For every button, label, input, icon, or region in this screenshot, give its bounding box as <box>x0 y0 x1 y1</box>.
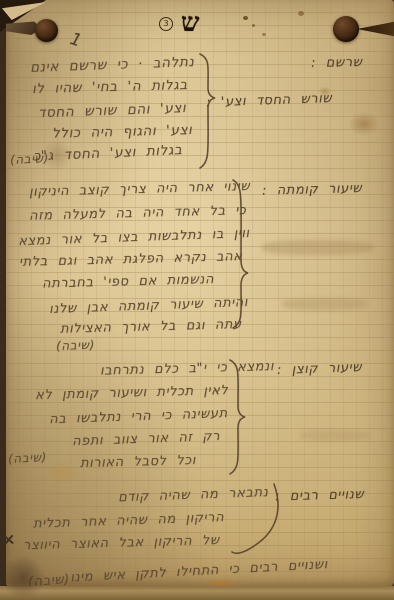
ink-speckle <box>243 16 248 20</box>
rivet-right-icon <box>333 16 359 42</box>
stain <box>348 112 380 136</box>
bleedthrough-ghost <box>282 298 368 310</box>
bleedthrough-ghost <box>262 240 374 255</box>
circled-mark: 3 <box>159 17 173 31</box>
grouping-brace <box>196 50 218 172</box>
ink-speckle <box>262 33 266 36</box>
stain <box>0 555 46 600</box>
page-bottom-edge <box>0 586 394 600</box>
scanned-notebook-page: { "page": { "numeral": "1", "circled_mar… <box>0 0 394 600</box>
header-shin-symbol: ש <box>181 8 199 38</box>
margin-x-mark: × <box>1 529 17 549</box>
section3-signature: (שיבה) <box>8 450 48 466</box>
section1-signature: (שיבה) <box>10 151 50 167</box>
section2-label: שיעור קומתה : <box>262 181 363 199</box>
section4-label: שנויים רבים : <box>275 487 365 504</box>
section3-label: שיעור קוצן : <box>277 360 362 378</box>
text-line: וכל לסבל האורות <box>80 453 196 471</box>
ink-speckle <box>298 11 304 16</box>
rivet-left-icon <box>35 19 58 42</box>
section2-signature: (שיבה) <box>56 338 95 353</box>
ink-speckle <box>252 24 255 27</box>
section1-label: שרשם : <box>310 55 362 71</box>
bleedthrough-ghost <box>300 430 370 441</box>
stain <box>44 462 80 484</box>
